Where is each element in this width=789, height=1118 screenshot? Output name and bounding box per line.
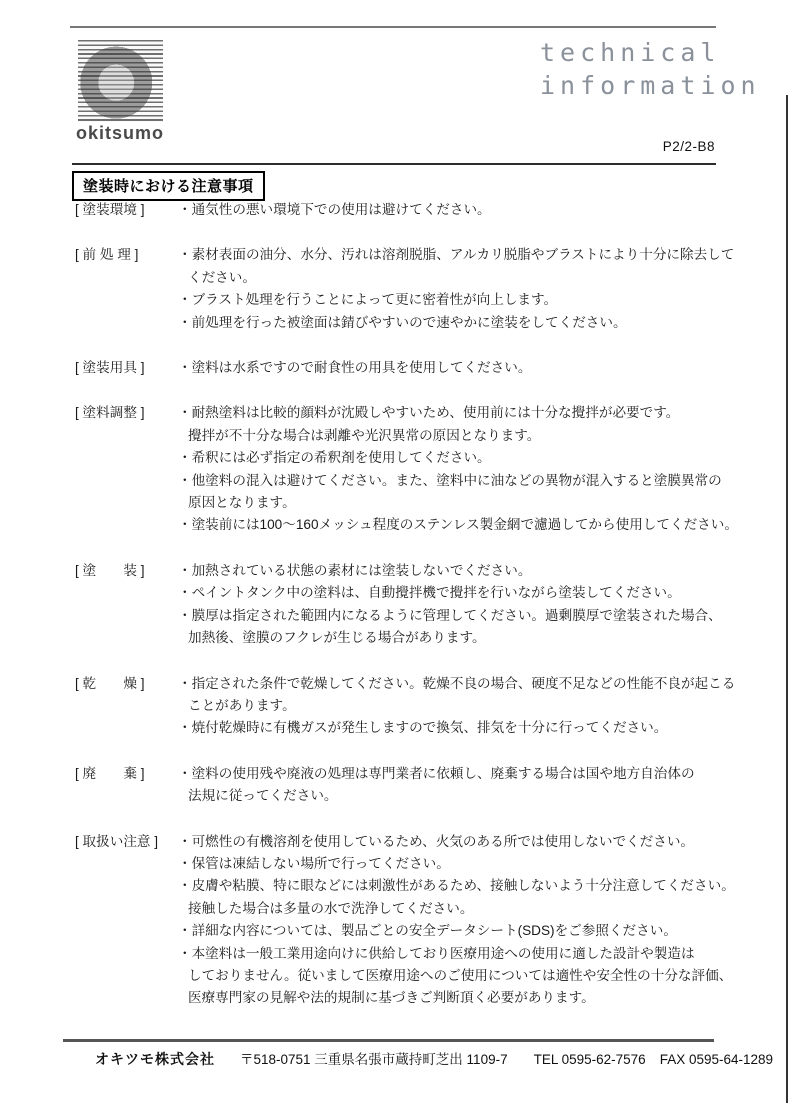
bullet-line: ・塗装前には100～160メッシュ程度のステンレス製金網で濾過してから使用してく… bbox=[178, 514, 738, 536]
section: [ 塗装環境 ]・通気性の悪い環境下での使用は避けてください。 bbox=[75, 199, 735, 221]
section-label: [ 取扱い注意 ] bbox=[75, 831, 178, 1010]
bullet-line: ・保管は凍結しない場所で行ってください。 bbox=[178, 853, 735, 875]
section-content: ・指定された条件で乾燥してください。乾燥不良の場合、硬度不足などの性能不良が起こ… bbox=[178, 673, 735, 740]
bullet-continuation-line: しておりません。従いまして医療用途へのご使用については適性や安全性の十分な評価、 bbox=[178, 965, 735, 987]
logo-wordmark: okitsumo bbox=[76, 123, 164, 144]
header-rule bbox=[72, 163, 716, 165]
section-content: ・素材表面の油分、水分、汚れは溶剤脱脂、アルカリ脱脂やブラストにより十分に除去し… bbox=[178, 244, 735, 334]
company-fax: FAX 0595-64-1289 bbox=[660, 1052, 773, 1067]
bullet-continuation-line: ことがあります。 bbox=[178, 695, 735, 717]
bullet-line: ・ブラスト処理を行うことによって更に密着性が向上します。 bbox=[178, 289, 735, 311]
bullet-line: ・焼付乾燥時に有機ガスが発生しますので換気、排気を十分に行ってください。 bbox=[178, 717, 735, 739]
bullet-line: ・加熱されている状態の素材には塗装しないでください。 bbox=[178, 560, 735, 582]
brand-technical-information: technical information bbox=[540, 36, 761, 102]
bullet-line: ・皮膚や粘膜、特に眼などには刺激性があるため、接触しないよう十分注意してください… bbox=[178, 875, 735, 897]
bullet-line: ・詳細な内容については、製品ごとの安全データシート(SDS)をご参照ください。 bbox=[178, 920, 735, 942]
bullet-line: ・耐熱塗料は比較的顔料が沈殿しやすいため、使用前には十分な攪拌が必要です。 bbox=[178, 402, 738, 424]
section-label: [ 前 処 理 ] bbox=[75, 244, 178, 334]
sections: [ 塗装環境 ]・通気性の悪い環境下での使用は避けてください。[ 前 処 理 ]… bbox=[75, 199, 735, 1033]
bullet-line: ・ペイントタンク中の塗料は、自動攪拌機で攪拌を行いながら塗装してください。 bbox=[178, 582, 735, 604]
bullet-continuation-line: 加熱後、塗膜のフクレが生じる場合があります。 bbox=[178, 627, 735, 649]
section-label: [ 廃 棄 ] bbox=[75, 763, 178, 808]
bullet-line: ・他塗料の混入は避けてください。また、塗料中に油などの異物が混入すると塗膜異常の bbox=[178, 470, 738, 492]
section: [ 塗装用具 ]・塗料は水系ですので耐食性の用具を使用してください。 bbox=[75, 357, 735, 379]
bullet-continuation-line: ください。 bbox=[178, 267, 735, 289]
section-label: [ 乾 燥 ] bbox=[75, 673, 178, 740]
brand-line-2: information bbox=[540, 69, 761, 102]
bullet-line: ・塗料は水系ですので耐食性の用具を使用してください。 bbox=[178, 357, 735, 379]
section-label: [ 塗 装 ] bbox=[75, 560, 178, 650]
section: [ 塗 装 ]・加熱されている状態の素材には塗装しないでください。・ペイントタン… bbox=[75, 560, 735, 650]
document-page: okitsumo technical information P2/2-B8 塗… bbox=[0, 0, 789, 1118]
top-rule bbox=[70, 26, 716, 28]
bullet-line: ・通気性の悪い環境下での使用は避けてください。 bbox=[178, 199, 735, 221]
bullet-continuation-line: 原因となります。 bbox=[178, 492, 738, 514]
bullet-line: ・可燃性の有機溶剤を使用しているため、火気のある所では使用しないでください。 bbox=[178, 831, 735, 853]
section: [ 前 処 理 ]・素材表面の油分、水分、汚れは溶剤脱脂、アルカリ脱脂やブラスト… bbox=[75, 244, 735, 334]
company-tel: TEL 0595-62-7576 bbox=[534, 1052, 646, 1067]
section-content: ・加熱されている状態の素材には塗装しないでください。・ペイントタンク中の塗料は、… bbox=[178, 560, 735, 650]
section: [ 塗料調整 ]・耐熱塗料は比較的顔料が沈殿しやすいため、使用前には十分な攪拌が… bbox=[75, 402, 735, 536]
scan-edge-artifact bbox=[786, 95, 788, 1103]
bullet-line: ・本塗料は一般工業用途向けに供給しており医療用途への使用に適した設計や製造は bbox=[178, 943, 735, 965]
section-label: [ 塗装環境 ] bbox=[75, 199, 178, 221]
bullet-continuation-line: 法規に従ってください。 bbox=[178, 785, 735, 807]
bullet-line: ・塗料の使用残や廃液の処理は専門業者に依頼し、廃棄する場合は国や地方自治体の bbox=[178, 763, 735, 785]
section: [ 乾 燥 ]・指定された条件で乾燥してください。乾燥不良の場合、硬度不足などの… bbox=[75, 673, 735, 740]
page-title: 塗装時における注意事項 bbox=[72, 171, 265, 201]
page-reference: P2/2-B8 bbox=[663, 139, 715, 154]
footer: オキツモ株式会社〒518-0751 三重県名張市蔵持町芝出 1109-7TEL … bbox=[95, 1048, 735, 1069]
company-name: オキツモ株式会社 bbox=[95, 1051, 215, 1067]
section-content: ・塗料の使用残や廃液の処理は専門業者に依頼し、廃棄する場合は国や地方自治体の法規… bbox=[178, 763, 735, 808]
company-address: 〒518-0751 三重県名張市蔵持町芝出 1109-7 bbox=[240, 1052, 508, 1067]
bullet-line: ・素材表面の油分、水分、汚れは溶剤脱脂、アルカリ脱脂やブラストにより十分に除去し… bbox=[178, 244, 735, 266]
bullet-line: ・希釈には必ず指定の希釈剤を使用してください。 bbox=[178, 447, 738, 469]
bullet-continuation-line: 攪拌が不十分な場合は剥離や光沢異常の原因となります。 bbox=[178, 425, 738, 447]
section: [ 廃 棄 ]・塗料の使用残や廃液の処理は専門業者に依頼し、廃棄する場合は国や地… bbox=[75, 763, 735, 808]
section-label: [ 塗装用具 ] bbox=[75, 357, 178, 379]
section-content: ・可燃性の有機溶剤を使用しているため、火気のある所では使用しないでください。・保… bbox=[178, 831, 735, 1010]
bullet-line: ・指定された条件で乾燥してください。乾燥不良の場合、硬度不足などの性能不良が起こ… bbox=[178, 673, 735, 695]
section-label: [ 塗料調整 ] bbox=[75, 402, 178, 536]
bullet-continuation-line: 接触した場合は多量の水で洗浄してください。 bbox=[178, 898, 735, 920]
footer-rule bbox=[63, 1039, 714, 1042]
bullet-line: ・膜厚は指定された範囲内になるように管理してください。過剰膜厚で塗装された場合、 bbox=[178, 605, 735, 627]
section-content: ・耐熱塗料は比較的顔料が沈殿しやすいため、使用前には十分な攪拌が必要です。攪拌が… bbox=[178, 402, 738, 536]
bullet-continuation-line: 医療専門家の見解や法的規制に基づきご判断頂く必要があります。 bbox=[178, 987, 735, 1009]
okitsumo-logo-icon bbox=[78, 40, 163, 122]
section: [ 取扱い注意 ]・可燃性の有機溶剤を使用しているため、火気のある所では使用しな… bbox=[75, 831, 735, 1010]
section-content: ・通気性の悪い環境下での使用は避けてください。 bbox=[178, 199, 735, 221]
section-content: ・塗料は水系ですので耐食性の用具を使用してください。 bbox=[178, 357, 735, 379]
bullet-line: ・前処理を行った被塗面は錆びやすいので速やかに塗装をしてください。 bbox=[178, 312, 735, 334]
brand-line-1: technical bbox=[540, 36, 761, 69]
